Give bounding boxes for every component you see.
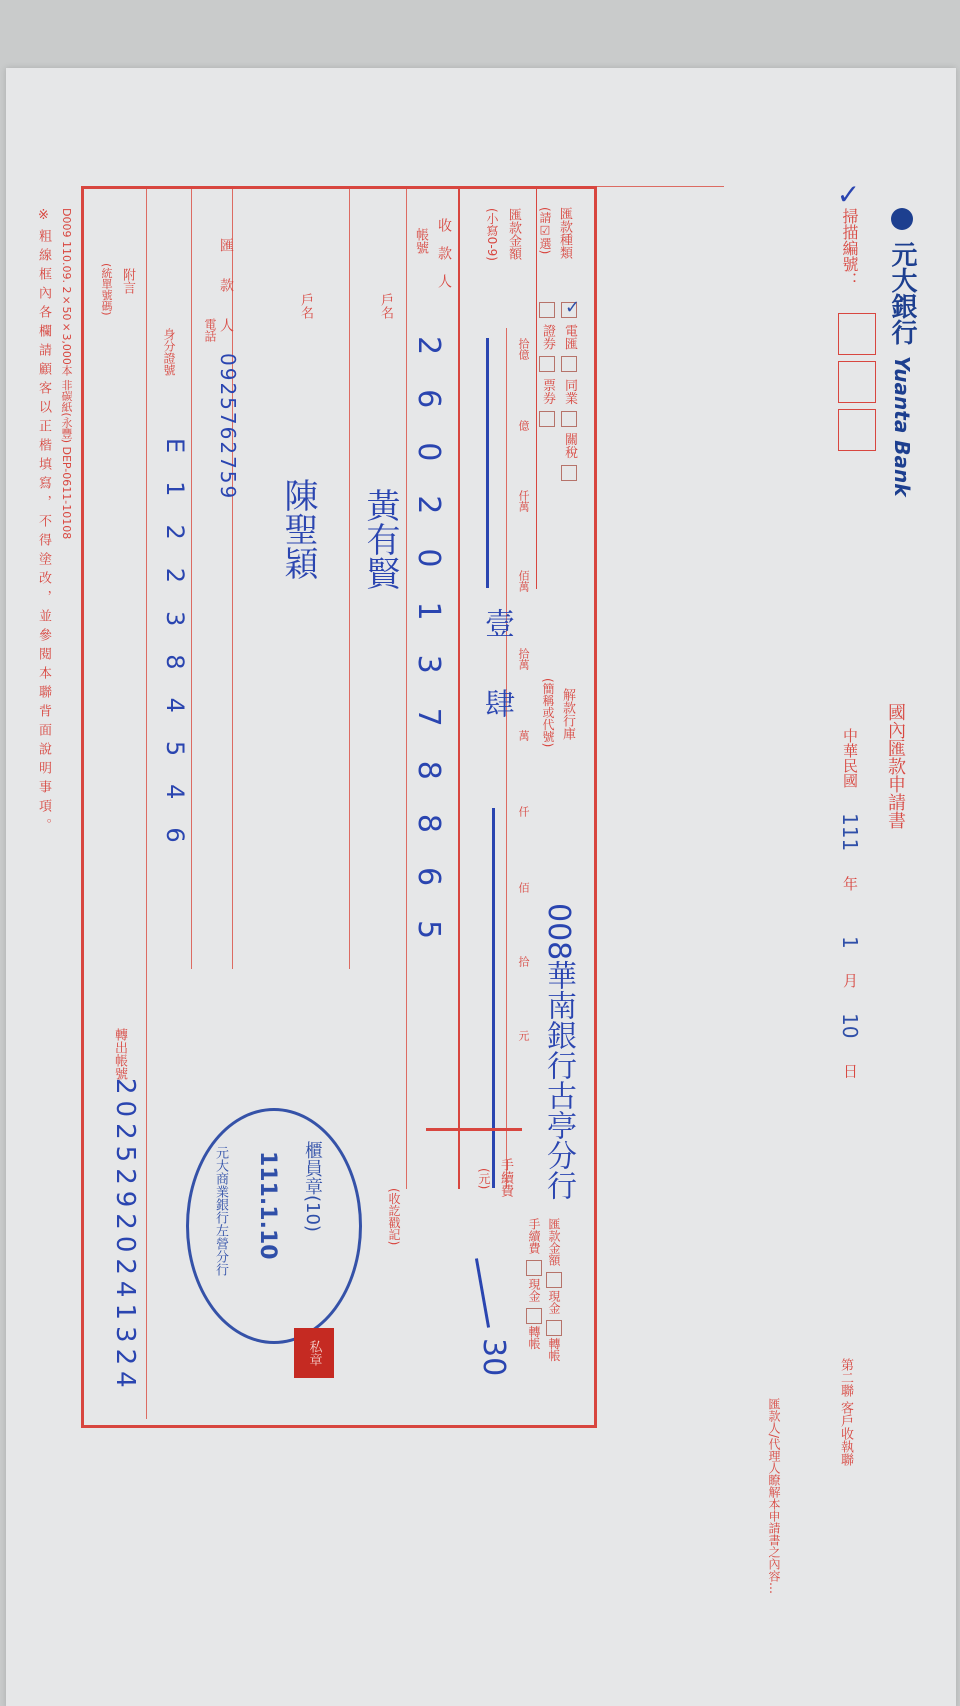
fee-value[interactable]: 30: [476, 1338, 511, 1376]
option-interbank-checkbox[interactable]: [561, 356, 577, 372]
payee-divider: [406, 189, 407, 1189]
note-hint: (統單號碼): [98, 263, 114, 316]
option-extra-checkbox[interactable]: [561, 465, 577, 481]
unit-label: 元: [515, 1030, 531, 1041]
footer-notice: ※粗線框內各欄請顧客以正楷填寫，不得塗改，並參閱本聯背面說明事項。: [34, 208, 53, 837]
year-label: 年: [841, 876, 859, 891]
unit-label: 仟萬: [515, 490, 531, 512]
teller-stamp-date: 111.1.10: [255, 1151, 280, 1260]
fee2-cash-checkbox[interactable]: [526, 1260, 542, 1276]
bank-name: 元大銀行: [887, 241, 917, 345]
date-day[interactable]: 10: [838, 1013, 862, 1038]
fee-cash-checkbox[interactable]: [546, 1272, 562, 1288]
amount-hint: (小寫0-9): [484, 208, 501, 261]
option-customs-label: 關稅: [562, 433, 577, 459]
remitter-phone-label: 電話: [202, 318, 219, 342]
amount-unit-divider: [506, 328, 507, 1188]
unit-label: 億: [515, 420, 531, 431]
side-note: 匯款人/代理人瞭解本申請書之內容…: [766, 1398, 783, 1648]
payee-name-divider: [349, 189, 350, 969]
scan-number-label: 掃描編號：: [838, 208, 861, 288]
fee-unit: (元): [476, 1168, 493, 1189]
transfer-account-label: 轉出帳號: [110, 1028, 129, 1080]
date-row: 中華民國 111 年 1 月 10 日: [838, 728, 862, 1078]
amount-digit-ten-thousand[interactable]: 肆: [474, 688, 518, 718]
personal-seal: 私章: [294, 1328, 334, 1378]
option-bills-checkbox[interactable]: [539, 356, 555, 372]
remitter-section-label: 匯款人: [216, 238, 236, 358]
fee-payment-options: 匯款金額 現金 轉帳: [546, 1218, 563, 1362]
amount-divider: [458, 189, 460, 1189]
scan-number-box-2[interactable]: [838, 361, 876, 403]
teller-stamp-branch: 元大商業銀行左營分行: [211, 1146, 230, 1276]
payee-account-value[interactable]: 260201378865: [411, 336, 446, 973]
option-bills-label: 票券: [540, 378, 555, 404]
receiving-bank-value[interactable]: 008華南銀行古亭分行: [536, 903, 580, 1200]
fee2-transfer-checkbox[interactable]: [526, 1308, 542, 1324]
remittance-form: 掃描編號： ✓ 元大銀行 Yuanta Bank 國內匯款申請書 中華民國 11…: [6, 68, 956, 1706]
remittance-type-options: ✓ 電匯 同業 關稅 證券 票券: [538, 300, 588, 630]
remitter-id-value[interactable]: E122384546: [161, 438, 189, 871]
yuanta-logo-icon: [891, 208, 913, 230]
amount-label: 匯款金額: [504, 208, 523, 260]
remitter-name-value[interactable]: 陳聖穎: [274, 478, 323, 580]
teller-stamp-title: 櫃員章(10): [299, 1141, 325, 1232]
option-interbank-label: 同業: [562, 378, 577, 404]
fee-payment-options-2: 手續費 現金 轉帳: [526, 1218, 543, 1350]
era-label: 中華民國: [841, 728, 859, 788]
bank-name-en: Yuanta Bank: [890, 356, 914, 497]
unit-label: 佰萬: [515, 570, 531, 592]
amount-strike-1: [486, 338, 489, 588]
fee-transfer-checkbox[interactable]: [546, 1320, 562, 1336]
payee-name-label: 戶名: [376, 293, 395, 319]
fee-label: 手續費: [496, 1158, 515, 1197]
unit-label: 拾億: [515, 338, 531, 360]
transfer-account-value[interactable]: 20252920241324: [110, 1078, 140, 1394]
amount-digit-hundred-thousand[interactable]: 壹: [474, 608, 518, 638]
remitter-phone-value[interactable]: 0925762759: [216, 353, 240, 500]
copy-label: 第二聯 客戶收執聯: [836, 1358, 855, 1466]
remittance-type-label: 匯款種類: [555, 207, 574, 259]
date-year[interactable]: 111: [838, 813, 862, 851]
unit-label: 拾: [515, 956, 531, 967]
remitter-id-label: 身分證號: [161, 328, 178, 376]
option-securities-checkbox[interactable]: [539, 302, 555, 318]
unit-label: 萬: [515, 730, 531, 741]
bank-logo: 元大銀行 Yuanta Bank: [884, 208, 921, 497]
teller-stamp: 櫃員章(10) 111.1.10 元大商業銀行左營分行: [186, 1108, 362, 1344]
option-customs-checkbox[interactable]: [561, 411, 577, 427]
day-label: 日: [841, 1063, 859, 1078]
remittance-type-hint: (請☑選): [537, 207, 554, 254]
unit-label: 拾萬: [515, 648, 531, 670]
receiving-bank-hint: (簡稱或代號): [540, 678, 557, 747]
receipt-stamp-hint: (收訖戳記): [386, 1188, 403, 1245]
payee-name-value[interactable]: 黃有賢: [356, 488, 405, 590]
option-securities-label: 證券: [540, 324, 555, 350]
note-divider: [146, 189, 147, 1419]
note-label: 附言: [118, 268, 137, 294]
receiving-bank-label: 解款行庫: [558, 688, 577, 740]
month-label: 月: [841, 973, 859, 988]
option-telegraphic-label: 電匯: [562, 324, 577, 350]
option-bills2-checkbox[interactable]: [539, 411, 555, 427]
remitter-phone-divider: [191, 189, 192, 969]
form-title: 國內匯款申請書: [882, 703, 908, 829]
scan-number-box-1[interactable]: [838, 313, 876, 355]
date-month[interactable]: 1: [838, 936, 862, 949]
payee-account-label: 帳號: [411, 228, 430, 254]
print-code: D009 110.09. 2×50×3,000本 非碳紙(永豐) DEP-061…: [58, 208, 74, 539]
unit-label: 仟: [515, 806, 531, 817]
payee-section-label: 收款人: [434, 218, 454, 302]
remitter-name-label: 戶名: [296, 293, 315, 319]
unit-label: 佰: [515, 882, 531, 893]
scan-number-box-3[interactable]: [838, 409, 876, 451]
check-mark: ✓: [832, 178, 865, 211]
option-telegraphic-checkbox[interactable]: ✓: [561, 302, 577, 318]
